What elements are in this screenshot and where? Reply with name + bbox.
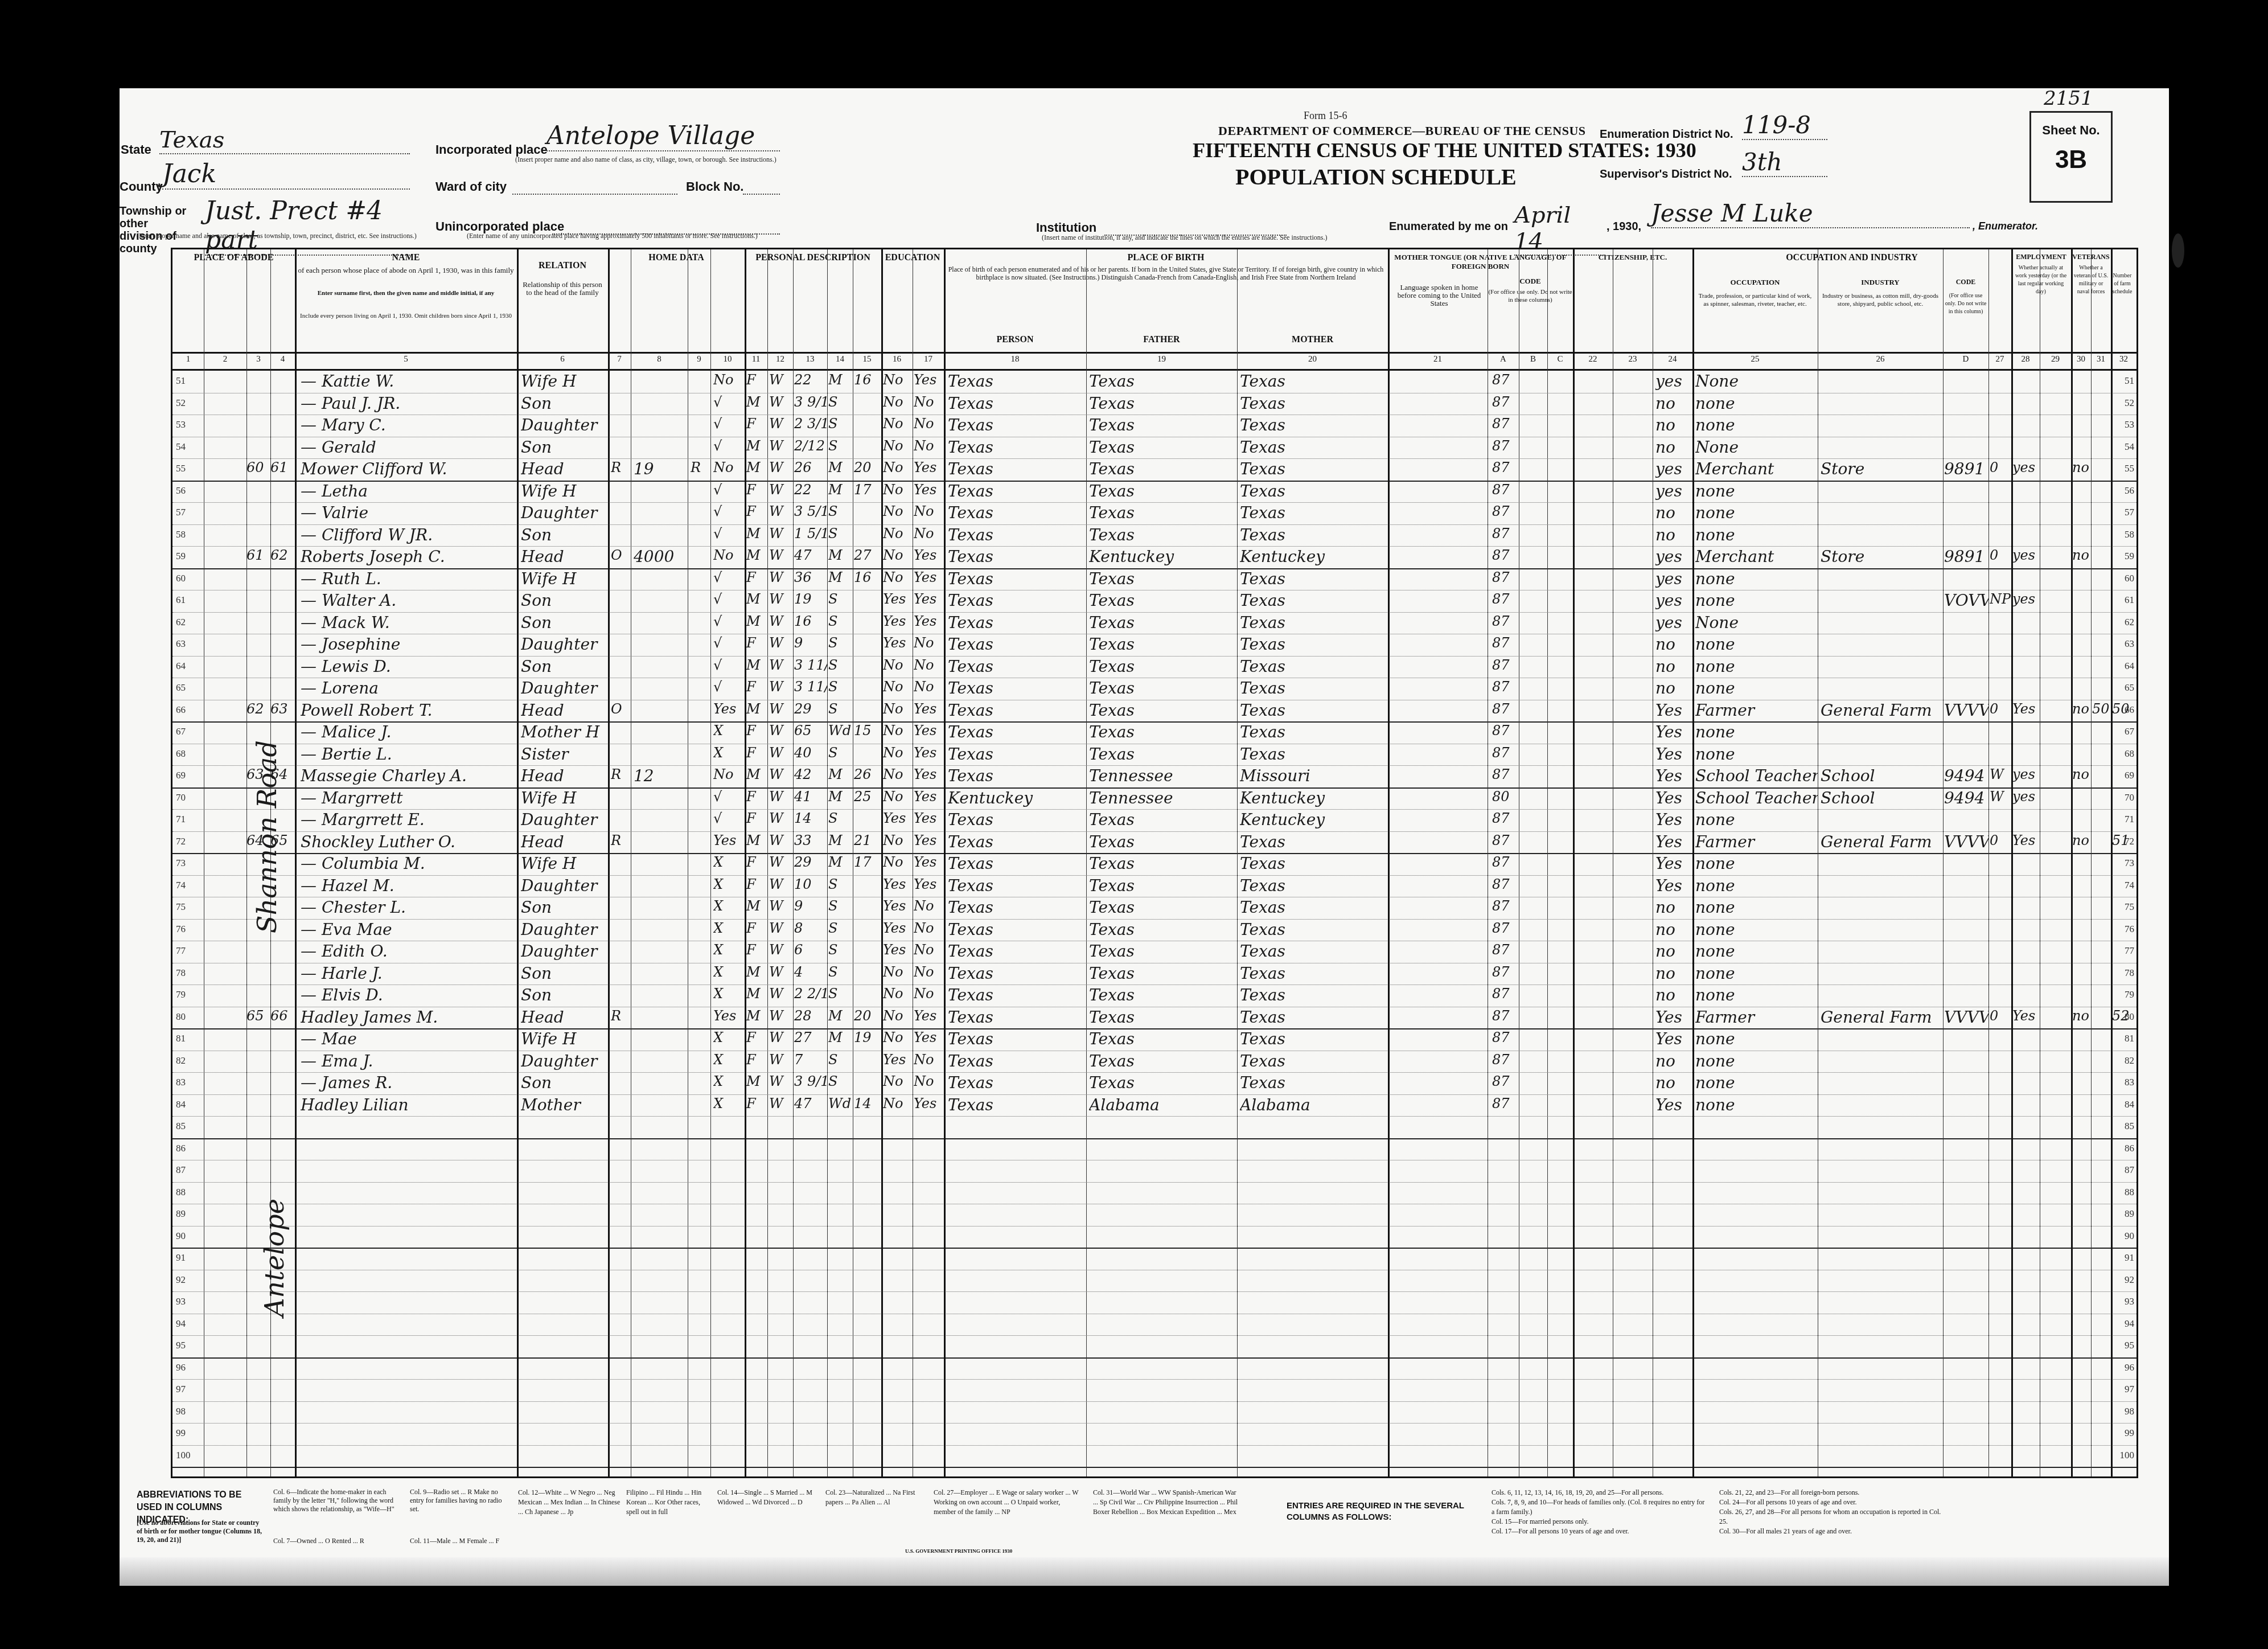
cell-code-a: 87 [1492,745,1519,761]
line-number-right: 95 [2125,1340,2134,1351]
cell-relation: Mother [521,1096,606,1114]
cell-read: Yes [914,832,944,848]
table-row: 69696364Massegie Charley A.HeadR12NoMW42… [172,765,2136,789]
line-number-right: 89 [2125,1208,2134,1220]
cell-name: — Lorena [301,679,517,698]
cell-marital: M [828,789,853,805]
column-number: 13 [793,355,827,364]
cell-age-marr: 21 [854,832,881,848]
cell-race: W [769,964,793,980]
cell-code-a: 87 [1492,898,1519,914]
cell-occ-code: VVVV [1944,1008,1988,1027]
cell-owned: O [611,701,631,717]
line-number: 67 [176,726,186,737]
divider [1653,249,1653,1476]
cell-read: Yes [914,482,944,498]
cell-relation: Head [521,766,606,785]
cell-age: 42 [794,766,827,782]
cell-english: no [1655,526,1692,544]
cell-name: — Valrie [301,503,517,522]
cell-name: — Clifford W JR. [301,526,517,544]
table-header: PLACE OF ABODE NAME of each person whose… [172,249,2136,354]
cell-pob: Texas [948,679,1086,698]
divider [2111,249,2113,1476]
cell-occupation: none [1695,810,1818,829]
scan-edge [120,1557,2169,1586]
cell-occ-code: VOVV [1944,591,1988,610]
cell-father: Texas [1089,898,1237,917]
cell-marital: M [828,547,853,563]
table-row: 6363— JosephineDaughter√FW9SYesNoTexasTe… [172,634,2136,657]
cell-work: Yes [2012,701,2040,717]
cell-code-a: 87 [1492,416,1519,432]
cell-mother: Texas [1240,986,1388,1004]
column-number: 6 [517,355,608,364]
cell-sex: M [746,766,767,782]
cell-read: No [914,898,944,914]
cell-sex: M [746,438,767,454]
cell-pob: Texas [948,986,1086,1004]
cell-sex: F [746,1096,767,1111]
cell-marital: S [828,635,853,651]
cell-read: Yes [914,569,944,585]
cell-marital: S [828,810,853,826]
cell-sex: F [746,810,767,826]
line-number-right: 57 [2125,507,2134,518]
table-row: 5353— Mary C.Daughter√FW2 3/12SNoNoTexas… [172,415,2136,437]
abbrev-col12: Col. 12—White ... W Negro ... Neg Mexica… [518,1488,621,1517]
cell-read: Yes [914,372,944,388]
line-number: 76 [176,924,186,935]
cell-farm: √ [713,394,745,410]
cell-mother: Texas [1240,482,1388,501]
col-industry: INDUSTRY [1818,278,1943,287]
table-row: 59596162Roberts Joseph C.HeadO4000NoMW47… [172,546,2136,569]
cell-race: W [769,438,793,454]
cell-name: — Columbia M. [301,854,517,873]
cell-occupation: None [1695,613,1818,632]
cell-english: no [1655,438,1692,457]
line-number-right: 94 [2125,1318,2134,1330]
table-row: 7373— Columbia M.Wife HXFW29M17NoYesTexa… [172,853,2136,876]
empty-row: 9090 [172,1226,2136,1249]
cell-code-a: 87 [1492,591,1519,607]
cell-school: No [883,1096,913,1111]
line-number-right: 82 [2125,1055,2134,1066]
line-number: 53 [176,419,186,430]
cell-father: Texas [1089,526,1237,544]
column-number: 29 [2040,355,2071,364]
cell-code-a: 87 [1492,723,1519,739]
cell-farm: √ [713,679,745,695]
cell-work: yes [2012,547,2040,563]
cell-school: No [883,372,913,388]
line-number-right: 81 [2125,1033,2134,1044]
line-number-right: 96 [2125,1362,2134,1373]
cell-value: 12 [634,766,688,785]
empty-row: 9191 [172,1248,2136,1270]
cell-sex: M [746,898,767,914]
cell-race: W [769,1008,793,1024]
cell-race: W [769,503,793,519]
department: DEPARTMENT OF COMMERCE—BUREAU OF THE CEN… [1218,124,1586,138]
empty-row: 9898 [172,1401,2136,1424]
line-number: 83 [176,1077,186,1088]
line-number-right: 85 [2125,1121,2134,1132]
line-number: 80 [176,1011,186,1023]
column-number: 9 [688,355,710,364]
cell-code-a: 87 [1492,942,1519,958]
sheet-number-box: Sheet No. 3B [2029,111,2113,203]
cell-english: Yes [1655,810,1692,829]
cell-race: W [769,1073,793,1089]
cell-occupation: none [1695,526,1818,544]
cell-family: 62 [270,547,295,563]
cell-read: Yes [914,1008,944,1024]
line-number: 57 [176,507,186,518]
cell-father: Texas [1089,1008,1237,1027]
cell-age: 65 [794,723,827,739]
cell-name: Roberts Joseph C. [301,547,517,566]
cell-pob: Texas [948,898,1086,917]
group-relation: RELATION [517,261,608,271]
cell-english: yes [1655,613,1692,632]
cell-father: Alabama [1089,1096,1237,1114]
cell-name: — Mae [301,1029,517,1048]
cell-marital: S [828,679,853,695]
cell-pob: Texas [948,657,1086,676]
county-value: Jack [162,159,410,190]
cell-occupation: none [1695,394,1818,413]
cell-farm: No [713,547,745,563]
cell-farm-no: 51 [2112,832,2135,848]
cell-occupation: Farmer [1695,832,1818,851]
cell-age: 19 [794,591,827,607]
cell-pob: Texas [948,701,1086,720]
cell-race: W [769,569,793,585]
cell-name: — Letha [301,482,517,501]
cell-school: No [883,416,913,432]
cell-age-marr: 20 [854,1008,881,1024]
cell-code-a: 87 [1492,438,1519,454]
divider [1388,249,1390,1476]
cell-father: Texas [1089,723,1237,741]
divider [1488,249,1488,1476]
entries-title: ENTRIES ARE REQUIRED IN THE SEVERAL COLU… [1287,1500,1480,1523]
cell-name: — Mary C. [301,416,517,434]
cell-age: 2/12 [794,438,827,454]
cell-marital: S [828,1073,853,1089]
line-number-right: 92 [2125,1274,2134,1286]
cell-race: W [769,679,793,695]
cell-farm: X [713,1052,745,1068]
column-number: 19 [1086,355,1237,364]
cell-name: Hadley James M. [301,1008,517,1027]
abbrev-col14: Col. 14—Single ... S Married ... M Widow… [717,1488,814,1507]
cell-occupation: Farmer [1695,1008,1818,1027]
cell-relation: Daughter [521,416,606,434]
punch-hole [2172,233,2184,268]
census-title: FIFTEENTH CENSUS OF THE UNITED STATES: 1… [1193,138,1696,162]
line-number: 63 [176,638,186,650]
line-number: 68 [176,748,186,760]
cell-relation: Son [521,657,606,676]
cell-farm: X [713,745,745,761]
line-number-right: 70 [2125,792,2134,803]
cell-english: Yes [1655,876,1692,895]
cell-age: 4 [794,964,827,980]
divider [1943,249,1944,1476]
cell-age-marr: 17 [854,854,881,870]
cell-father: Texas [1089,942,1237,961]
cell-pob: Texas [948,394,1086,413]
cell-mother: Texas [1240,942,1388,961]
line-number-right: 86 [2125,1143,2134,1154]
cell-code-a: 87 [1492,547,1519,563]
cell-code-a: 87 [1492,810,1519,826]
line-number: 70 [176,792,186,803]
cell-industry: School [1821,789,1943,807]
cell-pob: Texas [948,482,1086,501]
cell-mother: Texas [1240,1029,1388,1048]
cell-school: No [883,789,913,805]
cell-age: 6 [794,942,827,958]
cell-name: Mower Clifford W. [301,460,517,478]
column-number: B [1519,355,1547,364]
divider [1547,249,1548,1476]
table-row: 7676— Eva MaeDaughterXFW8SYesNoTexasTexa… [172,919,2136,942]
cell-mother: Texas [1240,898,1388,917]
table-row: 5151— Kattie W.Wife HNoFW22M16NoYesTexas… [172,371,2136,393]
divider [2091,249,2092,1476]
column-number: 15 [853,355,881,364]
cell-english: yes [1655,482,1692,501]
column-number: 26 [1818,355,1943,364]
cell-sex: F [746,503,767,519]
cell-school: No [883,766,913,782]
cell-age: 28 [794,1008,827,1024]
entries-list-2: Cols. 21, 22, and 23—For all foreign-bor… [1719,1488,1947,1536]
cell-school: No [883,460,913,475]
cell-name: — Hazel M. [301,876,517,895]
cell-race: W [769,547,793,563]
table-row: 5454— GeraldSon√MW2/12SNoNoTexasTexasTex… [172,437,2136,460]
cell-vet: no [2072,701,2091,717]
cell-pob: Texas [948,591,1086,610]
cell-race: W [769,766,793,782]
cell-name: — Bertie L. [301,745,517,764]
cell-english: Yes [1655,723,1692,741]
cell-school: Yes [883,810,913,826]
cell-read: No [914,416,944,432]
cell-relation: Head [521,832,606,851]
line-number-right: 100 [2120,1450,2135,1461]
cell-age: 47 [794,1096,827,1111]
empty-row: 8989 [172,1204,2136,1227]
cell-occupation: none [1695,1029,1818,1048]
cell-occupation: none [1695,986,1818,1004]
cell-code-a: 87 [1492,657,1519,673]
enumerated-label: Enumerated by me on [1389,220,1508,233]
ward-label: Ward of city [435,179,507,194]
cell-father: Texas [1089,438,1237,457]
cell-school: No [883,569,913,585]
cell-race: W [769,986,793,1002]
cell-relation: Sister [521,745,606,764]
cell-english: yes [1655,547,1692,566]
schedule-title: POPULATION SCHEDULE [1235,163,1517,190]
line-number: 75 [176,901,186,913]
cell-mother: Texas [1240,1073,1388,1092]
table-row: 7474— Hazel M.DaughterXFW10SYesYesTexasT… [172,875,2136,898]
cell-code-a: 87 [1492,1029,1519,1045]
cell-mother: Kentuckey [1240,810,1388,829]
cell-name: — Walter A. [301,591,517,610]
cell-school: Yes [883,1052,913,1068]
cell-farm: √ [713,810,745,826]
state-label: State [121,142,151,157]
cell-relation: Son [521,1073,606,1092]
cell-read: No [914,920,944,936]
table-row: 7777— Edith O.DaughterXFW6SYesNoTexasTex… [172,941,2136,963]
cell-father: Texas [1089,854,1237,873]
cell-father: Texas [1089,460,1237,478]
cell-age-marr: 27 [854,547,881,563]
cell-age: 3 9/12 [794,394,827,410]
line-number-right: 56 [2125,485,2134,497]
name-desc: of each person whose place of abode on A… [298,266,514,274]
table-row: 8383— James R.SonXMW3 9/12SNoNoTexasTexa… [172,1072,2136,1095]
cell-occupation: none [1695,942,1818,961]
divider [1519,249,1519,1476]
cell-marital: S [828,591,853,607]
cell-read: Yes [914,613,944,629]
line-number-right: 60 [2125,573,2134,584]
cell-farm: X [713,1073,745,1089]
cell-race: W [769,1029,793,1045]
cell-father: Texas [1089,745,1237,764]
form-number: Form 15-6 [1304,110,1347,122]
cell-mother: Texas [1240,745,1388,764]
cell-age: 9 [794,635,827,651]
cell-read: No [914,942,944,958]
divider [1086,249,1087,1476]
cell-radio: R [691,460,710,475]
cell-mother: Texas [1240,832,1388,851]
cell-vet: no [2072,832,2091,848]
cell-english: Yes [1655,832,1692,851]
table-row: 6565— LorenaDaughter√FW3 11/12SNoNoTexas… [172,678,2136,700]
cell-pob: Texas [948,372,1086,391]
line-number-right: 97 [2125,1384,2134,1395]
cell-school: No [883,547,913,563]
divider [853,249,853,1476]
incorporated-note: (Insert proper name and also name of cla… [515,155,776,164]
cell-name: — Ruth L. [301,569,517,588]
cell-sex: M [746,613,767,629]
cell-code-a: 80 [1492,789,1519,805]
cell-sex: F [746,942,767,958]
line-number-right: 51 [2125,375,2134,387]
cell-mother: Texas [1240,591,1388,610]
cell-work: yes [2012,789,2040,805]
cell-school: Yes [883,942,913,958]
entries-3: Col. 15—For married persons only. [1492,1517,1708,1527]
cell-read: No [914,679,944,695]
line-number-right: 52 [2125,397,2134,409]
cell-occupation: none [1695,854,1818,873]
cell-english: no [1655,503,1692,522]
cell-pob: Texas [948,920,1086,939]
line-number-right: 77 [2125,945,2134,957]
cell-mother: Texas [1240,920,1388,939]
cell-relation: Daughter [521,920,606,939]
cell-owned: R [611,766,631,782]
cell-pob: Texas [948,854,1086,873]
township-value: Just. Prect #4 part [205,196,410,256]
cell-relation: Wife H [521,372,606,391]
cell-farm: √ [713,503,745,519]
cell-farm: √ [713,569,745,585]
line-number-right: 87 [2125,1164,2134,1176]
cell-name: — Edith O. [301,942,517,961]
cell-industry: General Farm [1821,832,1943,851]
empty-row: 9292 [172,1270,2136,1293]
tongue-code-desc: (For office use only. Do not write in th… [1488,288,1573,304]
employment-desc: Whether actually at work yesterday (or t… [2012,264,2069,296]
cell-relation: Daughter [521,679,606,698]
cell-father: Texas [1089,920,1237,939]
cell-occupation: Merchant [1695,547,1818,566]
divider [688,249,688,1476]
cell-sex: M [746,832,767,848]
cell-read: Yes [914,745,944,761]
line-number: 96 [176,1362,186,1373]
column-number: D [1943,355,1988,364]
column-number: 25 [1692,355,1818,364]
sheet-number: 3B [2031,146,2111,174]
cell-english: no [1655,394,1692,413]
cell-age-marr: 20 [854,460,881,475]
line-number-right: 65 [2125,682,2134,694]
line-number-right: 74 [2125,880,2134,891]
line-number: 84 [176,1099,186,1110]
cell-read: No [914,526,944,542]
cell-age: 29 [794,701,827,717]
divider [913,249,913,1476]
cell-code-a: 87 [1492,526,1519,542]
cell-relation: Son [521,986,606,1004]
column-number: 7 [608,355,631,364]
line-number-right: 88 [2125,1187,2134,1198]
cell-pob: Texas [948,1008,1086,1027]
cell-code-a: 87 [1492,876,1519,892]
occ-code-desc: (For office use only. Do not write in th… [1943,292,1988,316]
cell-age: 27 [794,1029,827,1045]
cell-occupation: none [1695,657,1818,676]
cell-work: Yes [2012,832,2040,848]
column-number: 1 [172,355,204,364]
line-number-right: 54 [2125,441,2134,453]
cell-farm-no: 50 [2112,701,2135,717]
relation-desc: Relationship of this person to the head … [520,281,605,297]
cell-english: no [1655,964,1692,983]
cell-sex: M [746,526,767,542]
line-number: 100 [176,1450,191,1461]
divider [204,249,204,1476]
entries-7: Cols. 26, 27, and 28—For all persons for… [1719,1507,1947,1527]
cell-occupation: none [1695,723,1818,741]
